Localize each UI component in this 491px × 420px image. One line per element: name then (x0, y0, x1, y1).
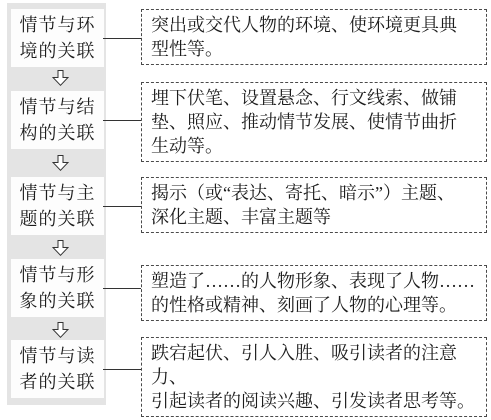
node-plot-structure: 情节与结 构的关联 (11, 91, 104, 149)
connector-line (103, 288, 142, 289)
note-plot-theme: 揭示（或“表达、寄托、暗示”）主题、 深化主题、丰富主题等 (141, 177, 487, 233)
connector-line (103, 206, 142, 207)
note-plot-structure: 埋下伏笔、设置悬念、行文线索、做铺 垫、照应、推动情节发展、使情节曲折 生动等。 (141, 82, 487, 162)
down-arrow-icon (52, 155, 69, 171)
down-arrow-icon (52, 240, 69, 256)
note-plot-environment: 突出或交代人物的环境、使环境更具典 型性等。 (141, 9, 487, 65)
down-arrow-icon (52, 322, 69, 338)
node-plot-character: 情节与形 象的关联 (11, 259, 104, 317)
note-plot-reader: 跌宕起伏、引人入胜、吸引读者的注意力、 引起读者的阅读兴趣、引发读者思考等。 (141, 337, 487, 417)
connector-line (103, 369, 142, 370)
connector-line (103, 38, 142, 39)
down-arrow-icon (52, 70, 69, 86)
plot-relation-diagram: 情节与环 境的关联 突出或交代人物的环境、使环境更具典 型性等。 情节与结 构的… (0, 0, 491, 420)
note-plot-character: 塑造了……的人物形象、表现了人物…… 的性格或精神、刻画了人物的心理等。 (141, 265, 487, 321)
node-plot-reader: 情节与读 者的关联 (11, 340, 104, 398)
connector-line (103, 120, 142, 121)
node-plot-environment: 情节与环 境的关联 (11, 9, 104, 67)
node-plot-theme: 情节与主 题的关联 (11, 177, 104, 235)
